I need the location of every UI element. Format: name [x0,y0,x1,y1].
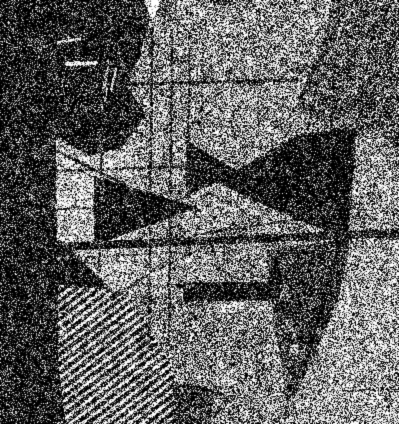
halftone-image [0,0,399,424]
scanned-photo-page [0,0,399,424]
